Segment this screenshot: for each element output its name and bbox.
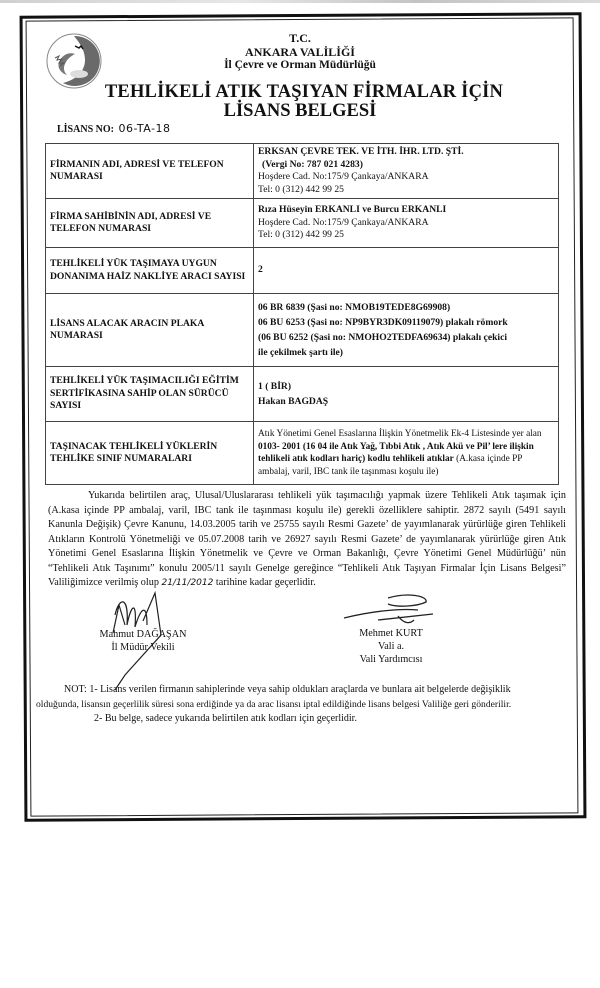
signatory-right-title2: Vali Yardımcısı xyxy=(333,653,449,666)
table-row: LİSANS ALACAK ARACIN PLAKA NUMARASI 06 B… xyxy=(46,294,559,367)
table-row: FİRMA SAHİBİNİN ADI, ADRESİ VE TELEFON N… xyxy=(46,199,559,248)
row-value: 06 BR 6839 (Şasi no: NMOB19TEDE8G69908) … xyxy=(254,294,559,367)
license-number-value: 06-TA-18 xyxy=(118,122,170,135)
paragraph-end: tarihine kadar geçerlidir. xyxy=(213,577,315,588)
row-label: LİSANS ALACAK ARACIN PLAKA NUMARASI xyxy=(46,294,254,367)
owner-address: Hoşdere Cad. No:175/9 Çankaya/ANKARA xyxy=(258,217,554,230)
header-tc: T.C. xyxy=(0,31,600,46)
table-row: TEHLİKELİ YÜK TAŞIMAYA UYGUN DONANIMA HA… xyxy=(46,248,559,294)
validity-paragraph: Yukarıda belirtilen araç, Ulusal/Uluslar… xyxy=(48,489,566,591)
plate-3: (06 BU 6252 (Şasi no: NMOHO2TEDFA69634) … xyxy=(258,330,554,345)
row-value: 1 ( BİR) Hakan BAGDAŞ xyxy=(254,367,559,422)
license-number-label: LİSANS NO: xyxy=(57,124,114,135)
table-row: TEHLİKELİ YÜK TAŞIMACILIĞI EĞİTİM SERTİF… xyxy=(46,367,559,422)
license-number: LİSANS NO: 06-TA-18 xyxy=(57,122,171,135)
driver-count: 1 ( BİR) xyxy=(258,379,554,394)
signatory-right-name: Mehmet KURT xyxy=(333,627,449,640)
paragraph-text: Yukarıda belirtilen araç, Ulusal/Uluslar… xyxy=(48,490,566,588)
row-label: FİRMA SAHİBİNİN ADI, ADRESİ VE TELEFON N… xyxy=(46,199,254,248)
row-label: TEHLİKELİ YÜK TAŞIMACILIĞI EĞİTİM SERTİF… xyxy=(46,367,254,422)
header-directorate: İl Çevre ve Orman Müdürlüğü xyxy=(0,59,600,71)
vehicle-count: 2 xyxy=(254,248,559,294)
signatory-right-title1: Vali a. xyxy=(333,640,449,653)
plate-2: 06 BU 6253 (Şasi no: NP9BYR3DK09119079) … xyxy=(258,315,554,330)
table-row: FİRMANIN ADI, ADRESİ VE TELEFON NUMARASI… xyxy=(46,144,559,199)
header-governorship: ANKARA VALİLİĞİ xyxy=(0,45,600,60)
row-label: TEHLİKELİ YÜK TAŞIMAYA UYGUN DONANIMA HA… xyxy=(46,248,254,294)
scan-edge xyxy=(0,0,600,3)
signatory-left-title: İl Müdür Vekili xyxy=(88,641,198,654)
owner-names: Rıza Hüseyin ERKANLI ve Burcu ERKANLI xyxy=(258,204,554,217)
license-info-table: FİRMANIN ADI, ADRESİ VE TELEFON NUMARASI… xyxy=(45,143,559,485)
note-1-line-2: olduğunda, lisansın geçerlilik süresi so… xyxy=(36,698,581,713)
tax-number: (Vergi No: 787 021 4283) xyxy=(258,159,554,172)
row-label: TAŞINACAK TEHLİKELİ YÜKLERİN TEHLİKE SIN… xyxy=(46,422,254,485)
row-value: Rıza Hüseyin ERKANLI ve Burcu ERKANLI Ho… xyxy=(254,199,559,248)
plate-condition: ile çekilmek şartı ile) xyxy=(258,345,554,360)
table-row: TAŞINACAK TEHLİKELİ YÜKLERİN TEHLİKE SIN… xyxy=(46,422,559,485)
firm-name: ERKSAN ÇEVRE TEK. VE İTH. İHR. LTD. ŞTİ. xyxy=(258,146,554,159)
note-1-line-1: NOT: 1- Lisans verilen firmanın sahipler… xyxy=(36,683,581,698)
firm-address: Hoşdere Cad. No:175/9 Çankaya/ANKARA xyxy=(258,171,554,184)
firm-phone: Tel: 0 (312) 442 99 25 xyxy=(258,184,554,197)
notes-section: NOT: 1- Lisans verilen firmanın sahipler… xyxy=(36,683,581,727)
note-2: 2- Bu belge, sadece yukarıda belirtilen … xyxy=(36,712,581,727)
plate-1: 06 BR 6839 (Şasi no: NMOB19TEDE8G69908) xyxy=(258,300,554,315)
waste-codes-intro: Atık Yönetimi Genel Esaslarına İlişkin Y… xyxy=(258,429,542,439)
owner-phone: Tel: 0 (312) 442 99 25 xyxy=(258,229,554,242)
signature-block-right: Mehmet KURT Vali a. Vali Yardımcısı xyxy=(333,627,449,666)
signature-block-left: Mahmut DAĞAŞAN İl Müdür Vekili xyxy=(88,628,198,654)
driver-name: Hakan BAGDAŞ xyxy=(258,394,554,409)
signatory-left-name: Mahmut DAĞAŞAN xyxy=(88,628,198,641)
row-value: ERKSAN ÇEVRE TEK. VE İTH. İHR. LTD. ŞTİ.… xyxy=(254,144,559,199)
document-title-line2: LİSANS BELGESİ xyxy=(0,101,600,122)
row-label: FİRMANIN ADI, ADRESİ VE TELEFON NUMARASI xyxy=(46,144,254,199)
waste-codes: Atık Yönetimi Genel Esaslarına İlişkin Y… xyxy=(254,422,559,485)
document-title-line1: TEHLİKELİ ATIK TAŞIYAN FİRMALAR İÇİN xyxy=(0,82,600,103)
